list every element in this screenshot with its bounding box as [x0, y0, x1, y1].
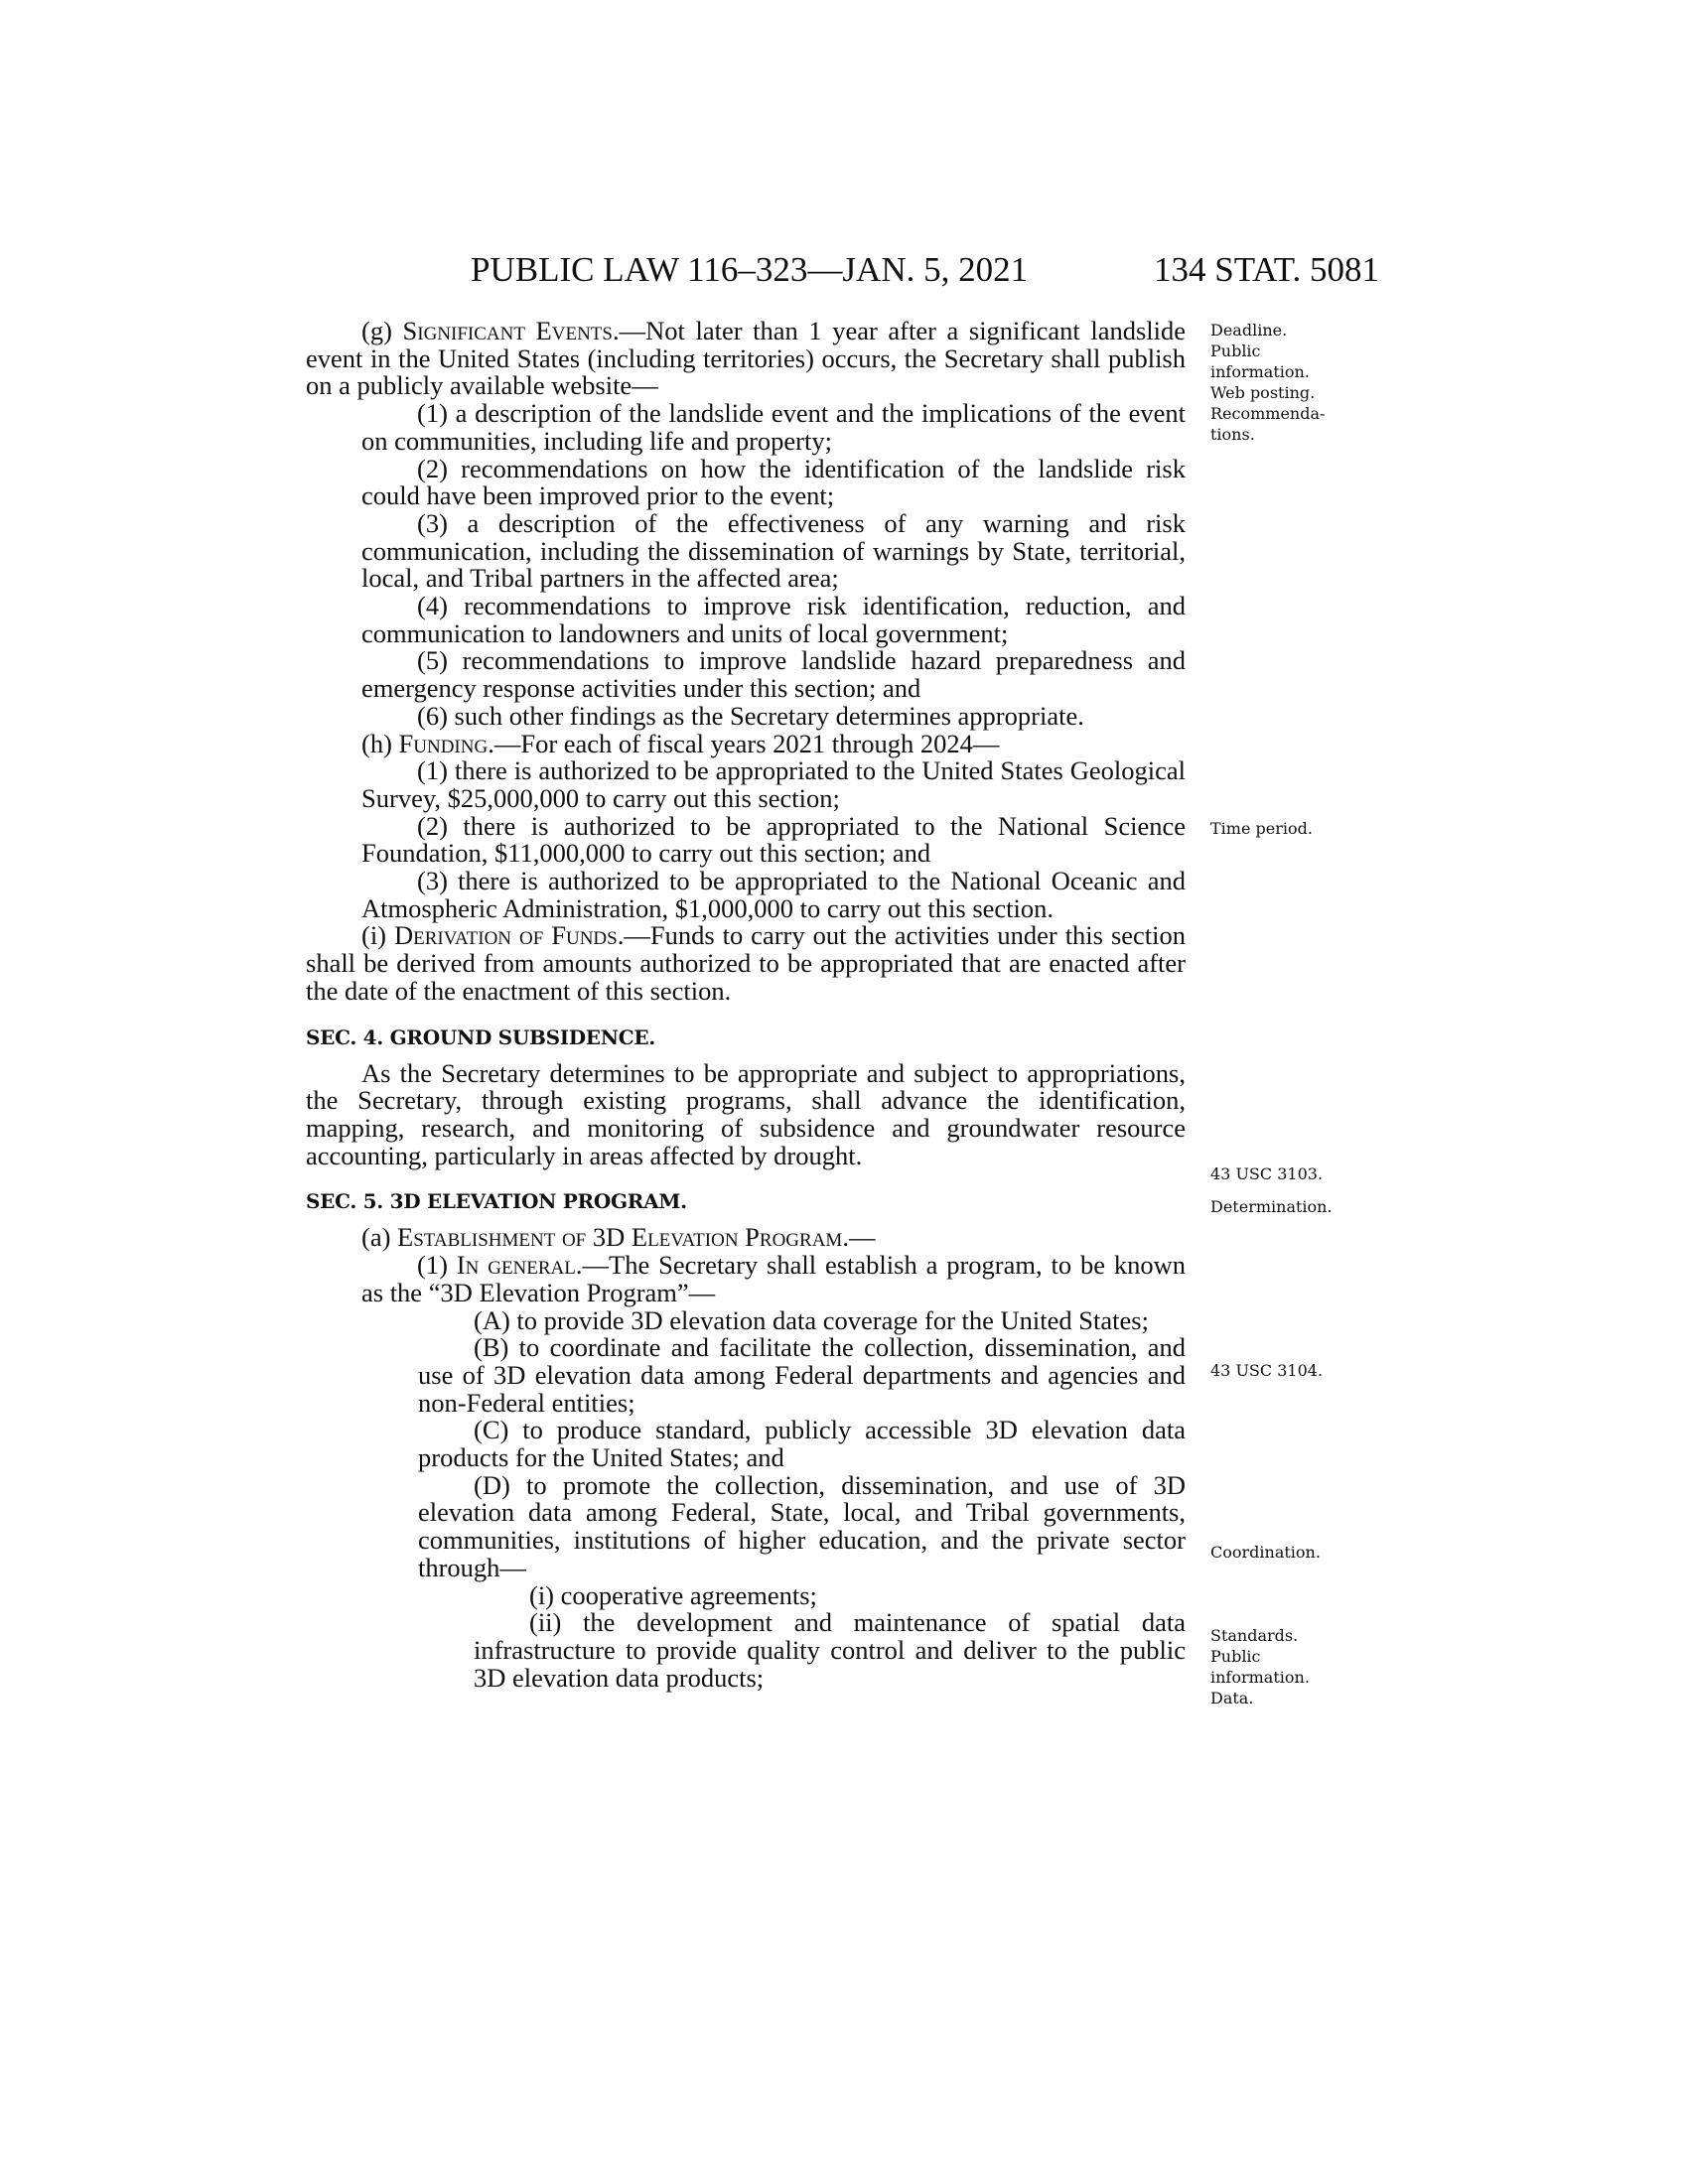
- clause-item: (ii) the development and maintenance of …: [306, 1609, 1186, 1692]
- subsection-a: (a) Establishment of 3D Elevation Progra…: [306, 1224, 1186, 1252]
- subsection-heading: Significant Events: [403, 316, 613, 345]
- document-page: PUBLIC LAW 116–323—JAN. 5, 2021 134 STAT…: [0, 0, 1688, 2184]
- margin-note-determination: Determination.: [1210, 1196, 1333, 1217]
- margin-note-time-period: Time period.: [1210, 818, 1313, 839]
- subsection-heading: Establishment of 3D Elevation Program: [397, 1222, 842, 1252]
- running-header-page: 134 STAT. 5081: [1154, 250, 1379, 290]
- subsection-i: (i) Derivation of Funds.—Funds to carry …: [306, 922, 1186, 1005]
- subparagraph-item: (C) to produce standard, publicly access…: [306, 1417, 1186, 1471]
- paragraph-item: (3) there is authorized to be appropriat…: [306, 868, 1186, 922]
- clause-item: (i) cooperative agreements;: [306, 1582, 1186, 1610]
- paragraph-heading: In general: [457, 1250, 576, 1280]
- section-4-title: SEC. 4. GROUND SUBSIDENCE.: [306, 1024, 1186, 1050]
- running-header-title: PUBLIC LAW 116–323—JAN. 5, 2021: [471, 250, 1028, 290]
- paragraph-item: (3) a description of the effectiveness o…: [306, 510, 1186, 593]
- paragraph-item: (1) a description of the landslide event…: [306, 400, 1186, 455]
- margin-note-deadline: Deadline. Public information. Web postin…: [1210, 320, 1325, 445]
- paragraph-item: (5) recommendations to improve landslide…: [306, 647, 1186, 702]
- subsection-heading: Derivation of Funds: [394, 920, 618, 950]
- subparagraph-item: (A) to provide 3D elevation data coverag…: [306, 1307, 1186, 1335]
- subsection-heading: Funding: [399, 729, 489, 758]
- paragraph-item: (1) there is authorized to be appropriat…: [306, 757, 1186, 812]
- paragraph-item: (2) there is authorized to be appropriat…: [306, 813, 1186, 868]
- section-4-text: As the Secretary determines to be approp…: [306, 1060, 1186, 1170]
- paragraph-item: (4) recommendations to improve risk iden…: [306, 593, 1186, 647]
- margin-note-usc-3104: 43 USC 3104.: [1210, 1360, 1323, 1381]
- margin-note-coordination: Coordination.: [1210, 1542, 1321, 1563]
- subparagraph-item: (D) to promote the collection, dissemina…: [306, 1472, 1186, 1582]
- margin-note-standards: Standards. Public information. Data.: [1210, 1625, 1310, 1708]
- subsection-g: (g) Significant Events.—Not later than 1…: [306, 318, 1186, 400]
- section-5-title: SEC. 5. 3D ELEVATION PROGRAM.: [306, 1188, 1186, 1214]
- paragraph-1: (1) In general.—The Secretary shall esta…: [306, 1252, 1186, 1306]
- statute-body: (g) Significant Events.—Not later than 1…: [306, 318, 1186, 1692]
- subparagraph-item: (B) to coordinate and facilitate the col…: [306, 1334, 1186, 1417]
- margin-note-usc-3103: 43 USC 3103.: [1210, 1163, 1323, 1184]
- paragraph-item: (2) recommendations on how the identific…: [306, 456, 1186, 510]
- paragraph-item: (6) such other findings as the Secretary…: [306, 703, 1186, 731]
- subsection-h: (h) Funding.—For each of fiscal years 20…: [306, 731, 1186, 758]
